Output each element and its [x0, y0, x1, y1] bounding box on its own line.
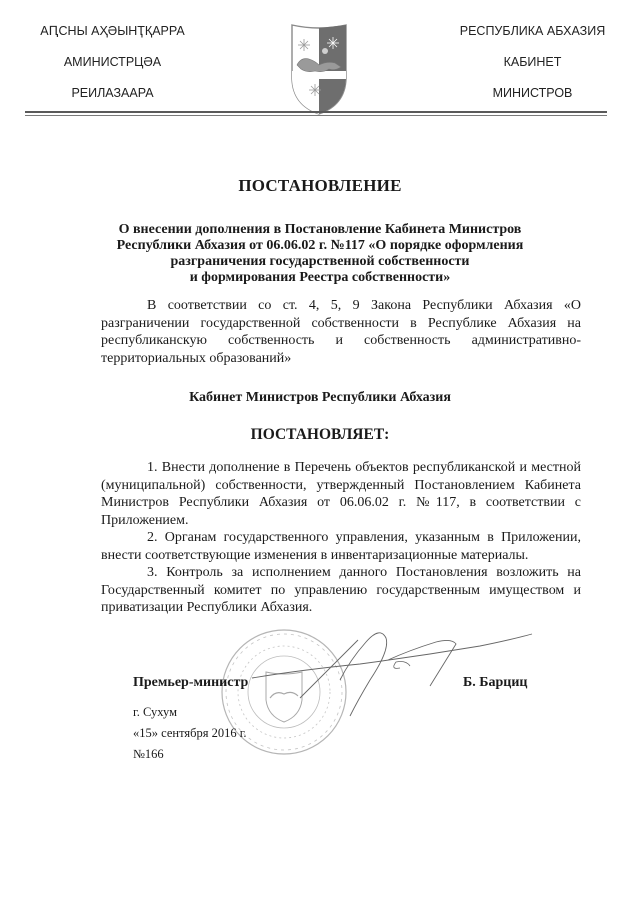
- header-left-line-1: АԤСНЫ АҲӘЫНҬҚАРРА: [30, 23, 195, 54]
- issuer-heading: Кабинет Министров Республики Абхазия: [0, 390, 640, 406]
- header-right-russian: РЕСПУБЛИКА АБХАЗИЯ КАБИНЕТ МИНИСТРОВ: [445, 23, 620, 116]
- header-left-line-2: АМИНИСТРЦӘА: [30, 54, 195, 85]
- subject-line-1: О внесении дополнения в Постановление Ка…: [100, 222, 540, 238]
- document-title: ПОСТАНОВЛЕНИЕ: [0, 176, 640, 196]
- document-number: №166: [133, 747, 164, 762]
- header-left-abkhaz: АԤСНЫ АҲӘЫНҬҚАРРА АМИНИСТРЦӘА РЕИЛАЗААРА: [30, 23, 195, 116]
- document-date: «15» сентября 2016 г.: [133, 726, 247, 741]
- subject-line-3: разграничения государственной собственно…: [100, 254, 540, 270]
- signatory-title: Премьер-министр: [133, 675, 248, 691]
- resolution-item-3: 3. Контроль за исполнением данного Поста…: [101, 564, 581, 617]
- handwritten-signature-icon: [240, 620, 540, 720]
- document-subject: О внесении дополнения в Постановление Ка…: [100, 222, 540, 286]
- coat-of-arms-abkhazia-icon: [289, 21, 349, 117]
- subject-line-2: Республики Абхазия от 06.06.02 г. №117 «…: [100, 238, 540, 254]
- header-separator: [25, 111, 607, 116]
- subject-line-4: и формирования Реестра собственности»: [100, 270, 540, 286]
- resolution-item-2: 2. Органам государственного управления, …: [101, 529, 581, 564]
- resolution-item-1: 1. Внести дополнение в Перечень объектов…: [101, 459, 581, 529]
- resolves-heading: ПОСТАНОВЛЯЕТ:: [0, 426, 640, 444]
- document-city: г. Сухум: [133, 705, 177, 720]
- intro-paragraph: В соответствии со ст. 4, 5, 9 Закона Рес…: [101, 297, 581, 367]
- signatory-name: Б. Барциц: [463, 675, 528, 691]
- header-right-line-1: РЕСПУБЛИКА АБХАЗИЯ: [445, 23, 620, 54]
- resolution-items: 1. Внести дополнение в Перечень объектов…: [101, 459, 581, 617]
- header-right-line-2: КАБИНЕТ: [445, 54, 620, 85]
